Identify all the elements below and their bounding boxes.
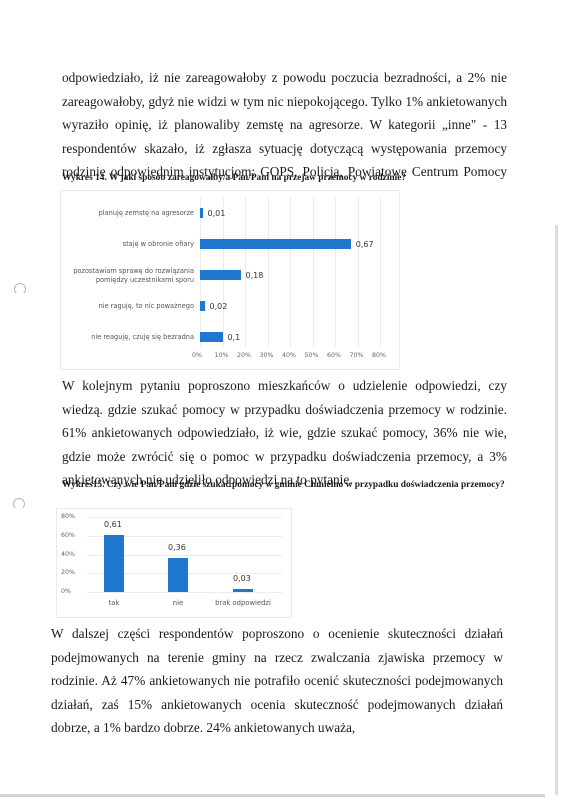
x-tick-label: 70% — [350, 352, 364, 359]
y-tick-label: 40% — [61, 551, 75, 558]
y-tick-label: 80% — [61, 513, 75, 520]
y-tick-label: 20% — [61, 569, 75, 576]
x-tick-label: 0% — [192, 352, 202, 359]
category-label: brak odpowiedzi — [203, 599, 283, 607]
gridline — [87, 517, 282, 518]
page-edge-shadow-bottom — [0, 794, 545, 797]
x-tick-label: 30% — [260, 352, 274, 359]
gridline — [290, 197, 291, 347]
gridline — [380, 197, 381, 347]
gridline — [268, 197, 269, 347]
paragraph-2: W kolejnym pytaniu poproszono mieszkańcó… — [62, 374, 507, 492]
value-label: 0,03 — [233, 574, 251, 583]
bar — [200, 208, 203, 218]
category-label: pozostawiam sprawę do rozwiązania pomięd… — [61, 267, 194, 284]
value-label: 0,67 — [356, 240, 374, 249]
page-edge-shadow-right — [555, 225, 558, 795]
gridline — [87, 592, 282, 593]
value-label: 0,18 — [246, 271, 264, 280]
binder-hole-mark — [14, 283, 26, 295]
value-label: 0,01 — [208, 209, 226, 218]
x-tick-label: 40% — [282, 352, 296, 359]
value-label: 0,02 — [210, 302, 228, 311]
chart-14-horizontal-bar: 0%10%20%30%40%50%60%70%80%planuję zemstę… — [60, 190, 400, 370]
gridline — [313, 197, 314, 347]
bar — [168, 558, 188, 592]
bar — [200, 270, 241, 280]
category-label: staję w obronie ofiary — [61, 240, 194, 249]
bar — [104, 535, 124, 592]
category-label: nie raguję, to nic poważnego — [61, 302, 194, 311]
x-tick-label: 20% — [237, 352, 251, 359]
chart-15-column-bar: 0%20%40%60%80%0,61tak0,36nie0,03brak odp… — [56, 508, 292, 618]
bar — [200, 301, 205, 311]
x-tick-label: 50% — [305, 352, 319, 359]
value-label: 0,1 — [228, 333, 241, 342]
binder-hole-mark — [13, 498, 25, 510]
chart-15-caption: Wykres15. Czy wie Pan/Pani gdzie szukać … — [62, 480, 507, 491]
bar — [200, 332, 223, 342]
value-label: 0,61 — [104, 520, 122, 529]
paragraph-3: W dalszej części respondentów poproszono… — [51, 622, 503, 740]
category-label: nie reaguję, czuję się bezradna — [61, 333, 194, 342]
chart-14-caption: Wykres 14. W jaki sposób zareagowałby/a … — [62, 173, 507, 184]
paragraph-1: odpowiedziało, iż nie zareagowałoby z po… — [62, 66, 507, 207]
gridline — [335, 197, 336, 347]
y-tick-label: 60% — [61, 532, 75, 539]
bar — [200, 239, 351, 249]
x-tick-label: 60% — [327, 352, 341, 359]
category-label: planuję zemstę na agresorze — [61, 209, 194, 218]
value-label: 0,36 — [168, 543, 186, 552]
x-tick-label: 10% — [215, 352, 229, 359]
gridline — [358, 197, 359, 347]
bar — [233, 589, 253, 592]
x-tick-label: 80% — [372, 352, 386, 359]
y-tick-label: 0% — [61, 588, 71, 595]
